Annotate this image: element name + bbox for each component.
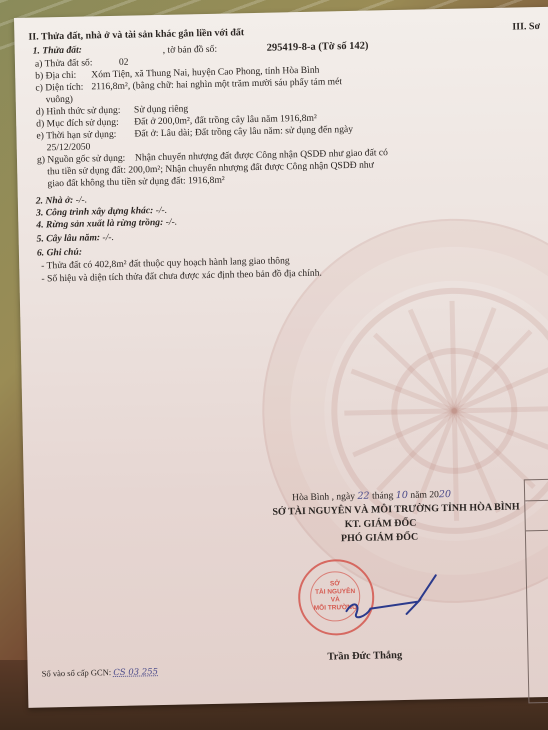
right-page-table bbox=[524, 478, 548, 703]
perennial-tree-label: 5. Cây lâu năm: bbox=[37, 232, 101, 244]
parcel-number-label: a) Thửa đất số: bbox=[35, 57, 93, 70]
place-date-prefix: Hòa Bình , ngày bbox=[292, 491, 355, 503]
registry-label: Số vào sổ cấp GCN: bbox=[42, 667, 112, 678]
house-label: 2. Nhà ở: bbox=[36, 195, 74, 207]
area-label: c) Diện tích: bbox=[35, 82, 83, 95]
notes-heading: 6. Ghi chú: bbox=[37, 247, 82, 260]
usage-origin-value-cont2: giao đất không thu tiền sử dụng đất: 191… bbox=[47, 175, 225, 191]
perennial-tree-value: -/-. bbox=[102, 232, 114, 243]
month-label: tháng bbox=[372, 490, 394, 501]
parcel-number-value: 02 bbox=[119, 57, 129, 69]
registry-value: CS 03 255 bbox=[113, 667, 158, 678]
map-sheet-label: , tờ bản đồ số: bbox=[163, 44, 218, 57]
production-forest-label: 4. Rừng sản xuất là rừng trồng: bbox=[36, 217, 163, 231]
map-sheet-value: 295419-8-a (Tờ số 142) bbox=[267, 41, 369, 55]
signer-title-2: PHÓ GIÁM ĐỐC bbox=[341, 532, 418, 546]
usage-term-label: e) Thời hạn sử dụng: bbox=[36, 129, 116, 143]
production-forest-value: -/-. bbox=[166, 217, 178, 228]
signature-mark bbox=[326, 569, 447, 631]
land-parcel-heading: 1. Thửa đất: bbox=[33, 45, 82, 58]
date-year-suffix: 20 bbox=[439, 489, 451, 500]
land-certificate-page: II. Thửa đất, nhà ở và tài sản khác gắn … bbox=[14, 6, 548, 708]
right-section-title: III. Sơ bbox=[512, 21, 540, 34]
other-construction-value: -/-. bbox=[156, 205, 168, 216]
production-forest-item: 4. Rừng sản xuất là rừng trồng: -/-. bbox=[36, 217, 177, 232]
place-date: Hòa Bình , ngày 22 tháng 10 năm 2020 bbox=[292, 489, 451, 505]
area-value-cont: vuông) bbox=[46, 94, 73, 107]
signer-title-1: KT. GIÁM ĐỐC bbox=[345, 518, 417, 532]
perennial-tree-item: 5. Cây lâu năm: -/-. bbox=[37, 232, 115, 246]
date-month: 10 bbox=[396, 490, 408, 501]
table-divider-2 bbox=[526, 529, 548, 531]
section-title: II. Thửa đất, nhà ở và tài sản khác gắn … bbox=[28, 27, 244, 44]
table-divider-1 bbox=[525, 499, 548, 501]
date-day: 22 bbox=[357, 491, 369, 502]
year-label: năm 20 bbox=[410, 489, 439, 501]
signer-name: Trần Đức Thắng bbox=[327, 650, 402, 664]
house-value: -/-. bbox=[76, 195, 88, 206]
agency-name: SỞ TÀI NGUYÊN VÀ MÔI TRƯỜNG TỈNH HÒA BÌN… bbox=[272, 502, 519, 519]
address-label: b) Địa chỉ: bbox=[35, 70, 76, 83]
registry-number: Số vào sổ cấp GCN: CS 03 255 bbox=[42, 665, 159, 681]
